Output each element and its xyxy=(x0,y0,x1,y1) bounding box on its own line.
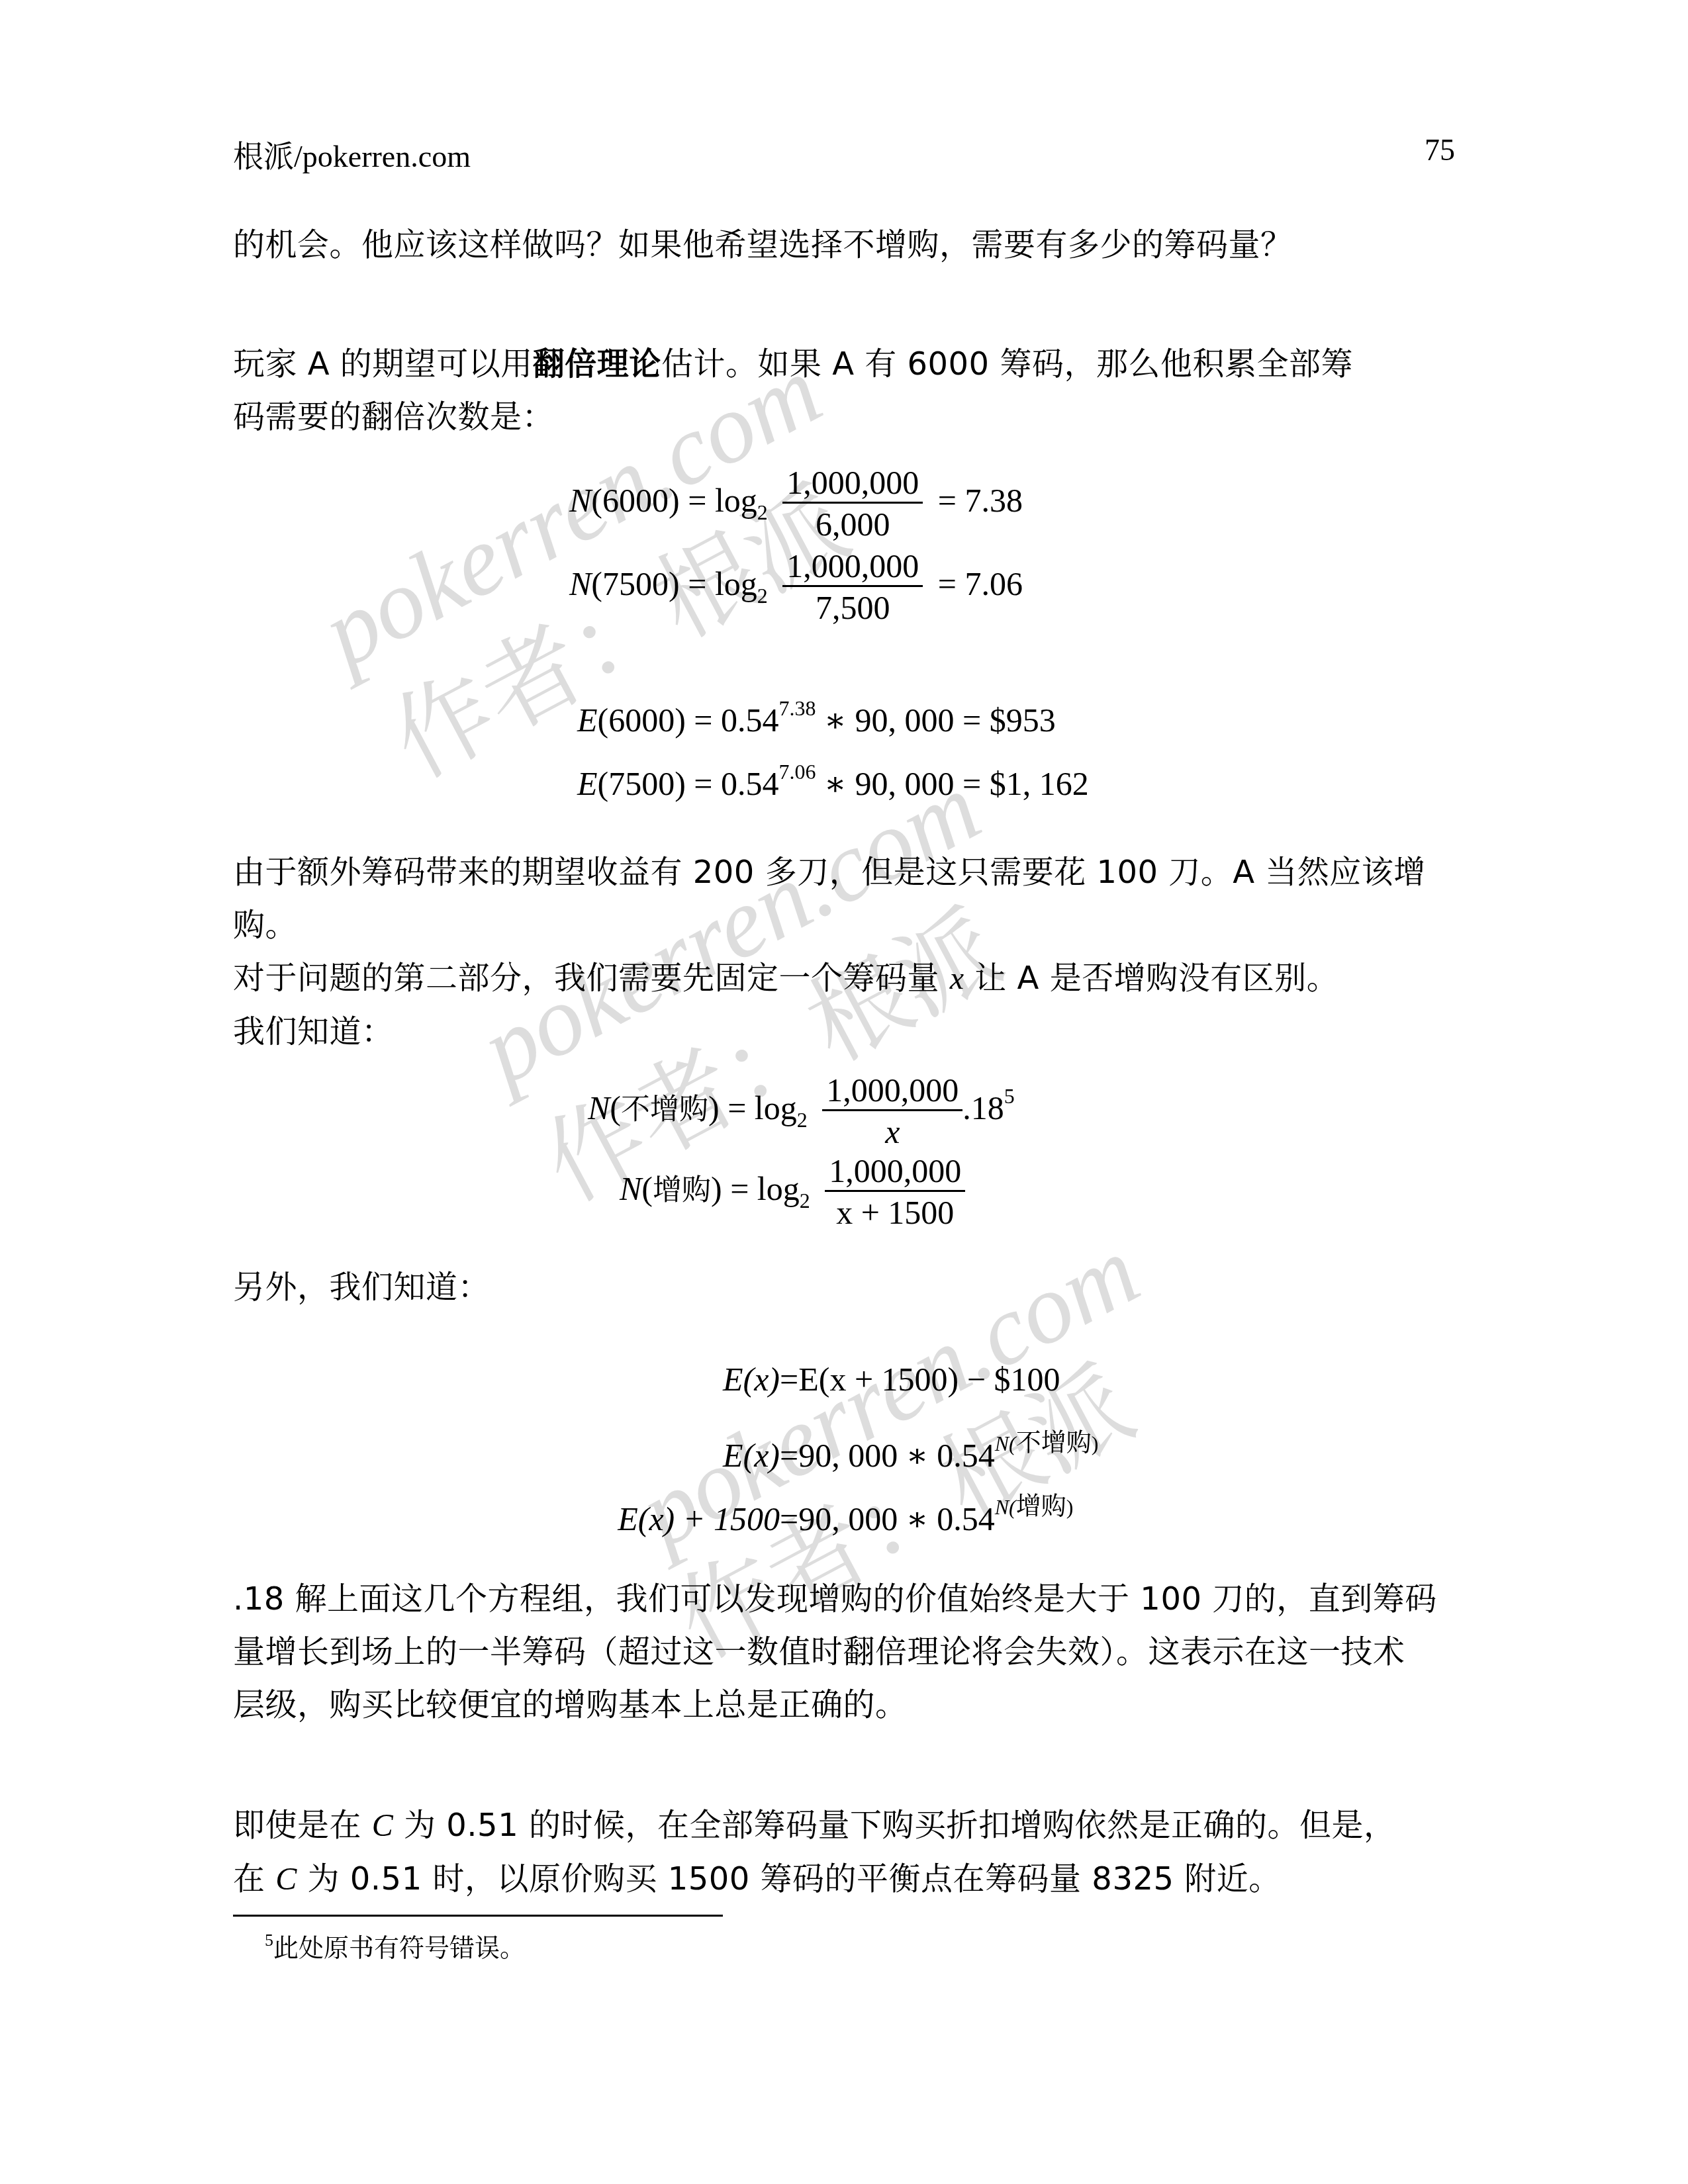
denominator: x xyxy=(822,1109,962,1152)
eq-arg: (7500) xyxy=(591,565,679,602)
eq-paren: ) xyxy=(1092,1432,1099,1455)
paragraph-text: 码需要的翻倍次数是： xyxy=(233,398,554,435)
eq-symbol: N xyxy=(588,1089,610,1126)
eq-operator: = xyxy=(688,482,706,519)
equation-ex1: E(x)=E(x + 1500) − $100 xyxy=(569,1360,1060,1398)
eq-rhs: ∗ 90, 000 = $1, 162 xyxy=(816,765,1089,802)
eq-arg: 增购 xyxy=(653,1173,711,1207)
footnote-text: 此处原书有符号错误。 xyxy=(273,1933,525,1962)
eq-symbol: E xyxy=(577,702,598,739)
numerator: 1,000,000 xyxy=(822,1071,962,1109)
eq-log-base: 2 xyxy=(797,1108,808,1132)
page-number: 75 xyxy=(1425,132,1455,167)
equation-n-rebuy: N(增购) = log2 1,000,000x + 1500 xyxy=(620,1152,972,1233)
running-header: 根派/pokerren.com 75 xyxy=(233,132,1455,179)
equation-e7500: E(7500) = 0.547.06 ∗ 90, 000 = $1, 162 xyxy=(577,760,1089,803)
eq-paren: ( xyxy=(610,1089,621,1126)
document-page: pokerren.com 作者：根派 pokerren.com 作者：根派 po… xyxy=(0,0,1688,2184)
paragraph-text: 即使是在 xyxy=(233,1807,372,1844)
eq-exponent: 7.06 xyxy=(779,760,816,784)
eq-lhs: E(x) xyxy=(569,1360,780,1398)
eq-lhs-text: E(x) + 1500 xyxy=(618,1500,780,1537)
paragraph-text: 为 0.51 时，以原价购买 1500 筹码的平衡点在筹码量 8325 附近。 xyxy=(297,1860,1281,1897)
eq-log-base: 2 xyxy=(757,584,768,608)
eq-log-base: 2 xyxy=(757,500,768,524)
eq-result: = 7.06 xyxy=(938,565,1023,602)
eq-exp-fn: N( xyxy=(995,1432,1016,1455)
paragraph-text: 估计。如果 A 有 6000 筹码，那么他积累全部筹 xyxy=(661,345,1353,383)
eq-exponent: N(不增购) xyxy=(995,1432,1099,1455)
eq-arg: (7500) xyxy=(598,765,686,802)
paragraph-text: 我们知道： xyxy=(233,1013,394,1050)
numerator: 1,000,000 xyxy=(825,1152,965,1190)
eq-rhs: =90, 000 ∗ 0.54 xyxy=(780,1437,995,1474)
paragraph-text: 在 xyxy=(233,1860,275,1897)
paragraph: 对于问题的第二部分，我们需要先固定一个筹码量 x 让 A 是否增购没有区别。 我… xyxy=(233,952,1455,1058)
eq-result: = 7.38 xyxy=(938,482,1023,519)
eq-paren: ) xyxy=(708,1089,720,1126)
paragraph-text: 的机会。他应该这样做吗？如果他希望选择不增购，需要有多少的筹码量？ xyxy=(233,226,1293,263)
running-title: 根派/pokerren.com xyxy=(233,132,471,176)
footnote-mark: 5 xyxy=(265,1931,273,1950)
equation-n-no-rebuy: N(不增购) = log2 1,000,000x.185 xyxy=(588,1071,1015,1152)
eq-rhs: = 0.54 xyxy=(694,765,778,802)
math-variable: x xyxy=(950,961,964,996)
eq-arg: (6000) xyxy=(591,482,679,519)
eq-exponent: N(增购) xyxy=(995,1495,1074,1519)
eq-exp-fn: N( xyxy=(995,1495,1016,1519)
paragraph-text: .18 解上面这几个方程组，我们可以发现增购的价值始终是大于 100 刀的，直到… xyxy=(233,1580,1437,1617)
denominator: 6,000 xyxy=(782,502,923,545)
eq-log: log xyxy=(715,482,757,519)
fraction: 1,000,0007,500 xyxy=(782,547,923,628)
eq-rhs: =90, 000 ∗ 0.54 xyxy=(780,1500,995,1537)
eq-symbol: N xyxy=(569,482,591,519)
paragraph-text: 让 A 是否增购没有区别。 xyxy=(964,960,1339,997)
eq-exponent: 7.38 xyxy=(779,696,816,720)
equation-ex3: E(x) + 1500=90, 000 ∗ 0.54N(增购) xyxy=(569,1485,1073,1538)
eq-arg: 不增购 xyxy=(621,1093,708,1126)
eq-exp-arg: 增购 xyxy=(1016,1491,1066,1520)
eq-operator: = log xyxy=(730,1170,800,1207)
fraction: 1,000,0006,000 xyxy=(782,463,923,545)
eq-tail: .18 xyxy=(962,1089,1004,1126)
paragraph: 由于额外筹码带来的期望收益有 200 多刀，但是这只需要花 100 刀。A 当然… xyxy=(233,846,1455,952)
footnote-ref: 5 xyxy=(1004,1084,1015,1108)
footnote-rule xyxy=(233,1915,723,1917)
paragraph-text: 对于问题的第二部分，我们需要先固定一个筹码量 xyxy=(233,960,950,997)
eq-operator: = xyxy=(688,565,706,602)
paragraph-text: 层级，购买比较便宜的增购基本上总是正确的。 xyxy=(233,1686,908,1723)
eq-operator: = log xyxy=(727,1089,797,1126)
eq-lhs: E(x) xyxy=(569,1436,780,1475)
numerator: 1,000,000 xyxy=(782,547,923,585)
eq-lhs-text: E(x) xyxy=(723,1437,780,1474)
eq-arg: (6000) xyxy=(598,702,686,739)
equation-n6000: N(6000) = log2 1,000,0006,000 = 7.38 xyxy=(569,463,1023,545)
paragraph-text: 量增长到场上的一半筹码（超过这一数值时翻倍理论将会失效）。这表示在这一技术 xyxy=(233,1633,1405,1670)
equation-ex2: E(x)=90, 000 ∗ 0.54N(不增购) xyxy=(569,1422,1098,1475)
eq-symbol: N xyxy=(569,565,591,602)
eq-rhs: =E(x + 1500) − $100 xyxy=(780,1361,1060,1398)
eq-rhs: = 0.54 xyxy=(694,702,778,739)
fraction: 1,000,000x xyxy=(822,1071,962,1152)
eq-log-base: 2 xyxy=(800,1189,810,1212)
paragraph-text: 另外，我们知道： xyxy=(233,1269,490,1306)
eq-symbol: N xyxy=(620,1170,641,1207)
eq-paren: ) xyxy=(1066,1495,1074,1519)
paragraph-text: 为 0.51 的时候，在全部筹码量下购买折扣增购依然是正确的。但是， xyxy=(393,1807,1395,1844)
paragraph-text: 玩家 A 的期望可以用 xyxy=(233,345,533,383)
paragraph: .18 解上面这几个方程组，我们可以发现增购的价值始终是大于 100 刀的，直到… xyxy=(233,1572,1455,1731)
math-variable: C xyxy=(372,1808,394,1843)
eq-paren: ( xyxy=(641,1170,653,1207)
denominator: x + 1500 xyxy=(825,1190,965,1233)
eq-log: log xyxy=(715,565,757,602)
eq-exp-arg: 不增购 xyxy=(1016,1428,1092,1457)
eq-lhs: E(x) + 1500 xyxy=(569,1500,780,1538)
equation-e6000: E(6000) = 0.547.38 ∗ 90, 000 = $953 xyxy=(577,696,1056,739)
paragraph: 另外，我们知道： xyxy=(233,1261,1455,1314)
eq-rhs: ∗ 90, 000 = $953 xyxy=(816,702,1056,739)
paragraph: 即使是在 C 为 0.51 的时候，在全部筹码量下购买折扣增购依然是正确的。但是… xyxy=(233,1799,1455,1906)
numerator: 1,000,000 xyxy=(782,463,923,502)
fraction: 1,000,000x + 1500 xyxy=(825,1152,965,1233)
paragraph: 的机会。他应该这样做吗？如果他希望选择不增购，需要有多少的筹码量？ xyxy=(233,218,1455,271)
eq-symbol: E xyxy=(577,765,598,802)
paragraph: 玩家 A 的期望可以用翻倍理论估计。如果 A 有 6000 筹码，那么他积累全部… xyxy=(233,338,1455,443)
eq-paren: ) xyxy=(711,1170,722,1207)
math-variable: C xyxy=(275,1862,297,1897)
eq-lhs-text: E(x) xyxy=(723,1361,780,1398)
bold-term: 翻倍理论 xyxy=(533,345,661,383)
footnote: 5此处原书有符号错误。 xyxy=(265,1927,525,1964)
equation-n7500: N(7500) = log2 1,000,0007,500 = 7.06 xyxy=(569,547,1023,628)
denominator: 7,500 xyxy=(782,585,923,628)
paragraph-text: 由于额外筹码带来的期望收益有 200 多刀，但是这只需要花 100 刀。A 当然… xyxy=(233,854,1426,944)
